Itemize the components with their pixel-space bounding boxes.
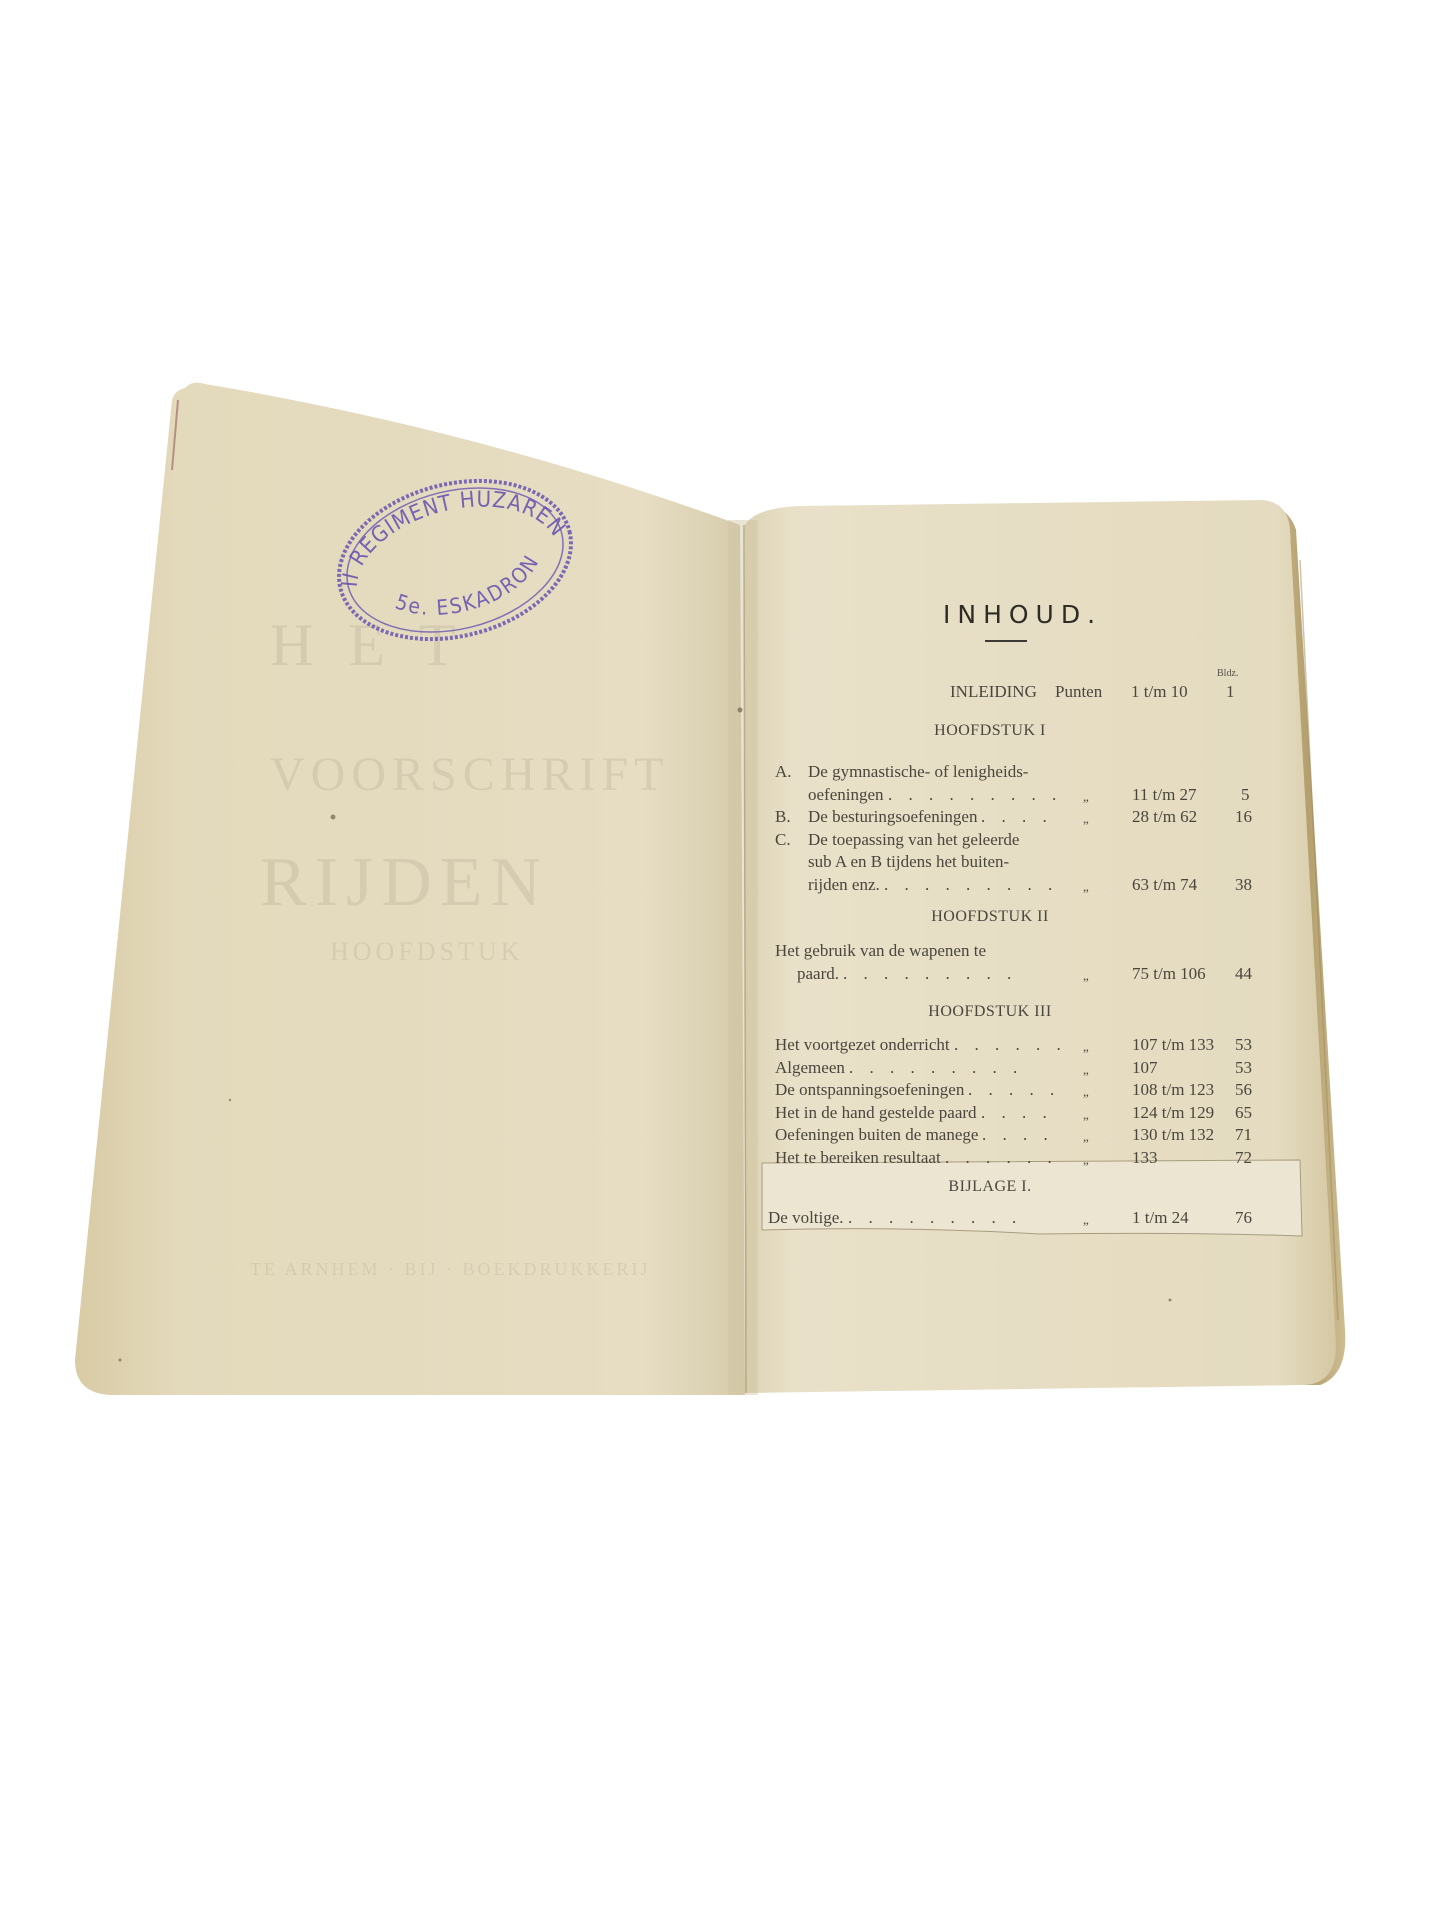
leader-dots: . . . . . . . . . bbox=[888, 785, 1060, 805]
inleiding-punten: Punten bbox=[1055, 682, 1102, 702]
title-rule bbox=[985, 640, 1027, 642]
entry-range: 28 t/m 62 bbox=[1132, 807, 1197, 827]
ditto-mark: „ bbox=[1083, 968, 1089, 984]
ditto-mark: „ bbox=[1083, 1212, 1089, 1228]
entry-text: Het te bereiken resultaat bbox=[775, 1148, 941, 1168]
entry-range: 107 bbox=[1132, 1058, 1158, 1078]
entry-range: 133 bbox=[1132, 1148, 1158, 1168]
svg-text:TE ARNHEM · BIJ · BOEKDRUKKERI: TE ARNHEM · BIJ · BOEKDRUKKERIJ bbox=[250, 1259, 651, 1279]
entry-text: De voltige. bbox=[768, 1208, 844, 1228]
entry-page: 76 bbox=[1235, 1208, 1252, 1228]
entry-letter: B. bbox=[775, 807, 791, 827]
entry-text: De toepassing van het geleerde bbox=[808, 830, 1019, 850]
entry-text: Oefeningen buiten de manege bbox=[775, 1125, 978, 1145]
entry-range: 124 t/m 129 bbox=[1132, 1103, 1214, 1123]
entry-text: rijden enz. bbox=[808, 875, 880, 895]
leader-dots: . . . . . . . . . bbox=[954, 1035, 1060, 1055]
entry-page: 16 bbox=[1235, 807, 1252, 827]
leader-dots: . . . . . . . . . bbox=[843, 964, 1017, 984]
entry-text: De gymnastische- of lenigheids- bbox=[808, 762, 1028, 782]
svg-text:HOOFDSTUK: HOOFDSTUK bbox=[330, 937, 523, 966]
bldz-label: Bldz. bbox=[1217, 668, 1238, 679]
ditto-mark: „ bbox=[1083, 1084, 1089, 1100]
leader-dots: . . . . . . . . . bbox=[848, 1208, 1022, 1228]
ditto-mark: „ bbox=[1083, 1129, 1089, 1145]
ditto-mark: „ bbox=[1083, 1107, 1089, 1123]
entry-range: 1 t/m 24 bbox=[1132, 1208, 1189, 1228]
entry-page: 53 bbox=[1235, 1058, 1252, 1078]
entry-text: Het in de hand gestelde paard bbox=[775, 1103, 977, 1123]
chapter-heading: HOOFDSTUK I bbox=[934, 722, 1046, 740]
entry-text: oefeningen bbox=[808, 785, 884, 805]
ditto-mark: „ bbox=[1083, 811, 1089, 827]
entry-page: 53 bbox=[1235, 1035, 1252, 1055]
entry-text: paard. bbox=[797, 964, 839, 984]
entry-page: 72 bbox=[1235, 1148, 1252, 1168]
entry-letter: A. bbox=[775, 762, 792, 782]
entry-page: 71 bbox=[1235, 1125, 1252, 1145]
entry-range: 75 t/m 106 bbox=[1132, 964, 1206, 984]
leader-dots: . . . . . . . . . bbox=[884, 875, 1058, 895]
inleiding-range: 1 t/m 10 bbox=[1131, 682, 1188, 702]
ditto-mark: „ bbox=[1083, 1152, 1089, 1168]
entry-page: 65 bbox=[1235, 1103, 1252, 1123]
ditto-mark: „ bbox=[1083, 789, 1089, 805]
leader-dots: . . . . . . . . . bbox=[968, 1080, 1060, 1100]
entry-text: Algemeen bbox=[775, 1058, 845, 1078]
entry-range: 11 t/m 27 bbox=[1132, 785, 1197, 805]
entry-letter: C. bbox=[775, 830, 791, 850]
entry-range: 107 t/m 133 bbox=[1132, 1035, 1214, 1055]
ditto-mark: „ bbox=[1083, 1062, 1089, 1078]
entry-page: 5 bbox=[1241, 785, 1250, 805]
svg-text:H E T: H E T bbox=[270, 612, 466, 678]
entry-page: 44 bbox=[1235, 964, 1252, 984]
leader-dots: . . . . . . . . . bbox=[945, 1148, 1060, 1168]
leader-dots: . . . . . . . . . bbox=[981, 1103, 1060, 1123]
ditto-mark: „ bbox=[1083, 879, 1089, 895]
book-photo: H E T VOORSCHRIFT RIJDEN HOOFDSTUK TE AR… bbox=[0, 0, 1440, 1920]
ditto-mark: „ bbox=[1083, 1039, 1089, 1055]
inleiding-label: INLEIDING bbox=[950, 682, 1037, 702]
entry-page: 38 bbox=[1235, 875, 1252, 895]
inleiding-page: 1 bbox=[1226, 682, 1235, 702]
entry-range: 130 t/m 132 bbox=[1132, 1125, 1214, 1145]
leader-dots: . . . . . . . . . bbox=[982, 1125, 1060, 1145]
chapter-heading: HOOFDSTUK III bbox=[928, 1003, 1051, 1021]
leader-dots: . . . . . . . . . bbox=[849, 1058, 1023, 1078]
svg-text:VOORSCHRIFT: VOORSCHRIFT bbox=[270, 748, 669, 801]
toc-title: INHOUD. bbox=[943, 600, 1102, 629]
chapter-heading: BIJLAGE I. bbox=[948, 1178, 1031, 1196]
entry-text: Het gebruik van de wapenen te bbox=[775, 941, 986, 961]
entry-text: sub A en B tijdens het buiten- bbox=[808, 852, 1009, 872]
leader-dots: . . . . . . . . . bbox=[981, 807, 1060, 827]
entry-page: 56 bbox=[1235, 1080, 1252, 1100]
entry-text: De ontspanningsoefeningen bbox=[775, 1080, 964, 1100]
entry-text: Het voortgezet onderricht bbox=[775, 1035, 950, 1055]
entry-range: 63 t/m 74 bbox=[1132, 875, 1197, 895]
entry-range: 108 t/m 123 bbox=[1132, 1080, 1214, 1100]
chapter-heading: HOOFDSTUK II bbox=[931, 908, 1049, 926]
entry-text: De besturingsoefeningen bbox=[808, 807, 977, 827]
svg-text:RIJDEN: RIJDEN bbox=[260, 844, 549, 921]
